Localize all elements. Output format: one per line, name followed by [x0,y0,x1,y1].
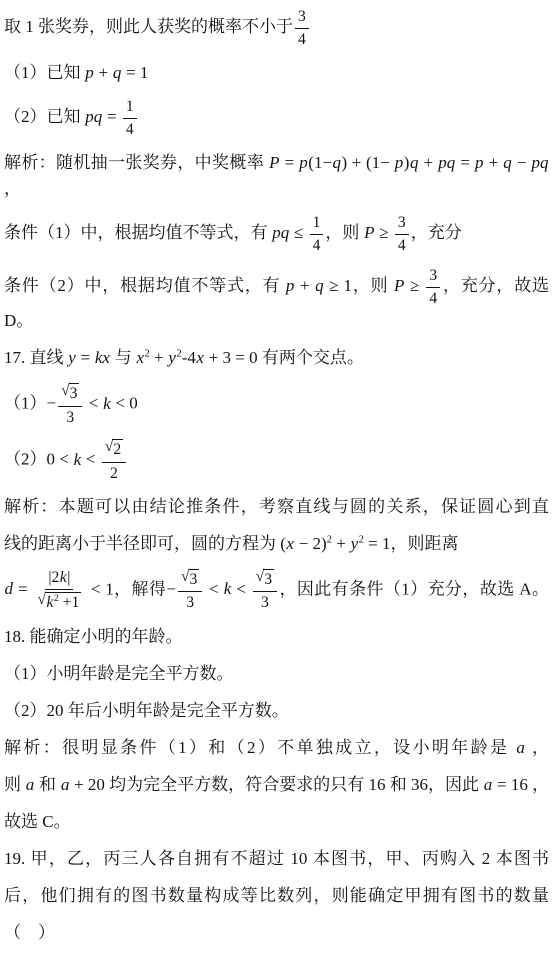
fraction: 14 [310,213,324,255]
math-run: a [21,775,39,794]
radical-sign-icon: √ [105,438,114,456]
math-run: (x − 2) [280,534,326,553]
text-line: 18. 能确定小明的年龄。 [4,624,549,650]
fraction-numerator: 3 [426,266,440,288]
radicand: 3 [189,569,200,590]
radical-sign-icon: √ [37,591,46,609]
math-run: 4 [398,237,406,254]
radical: √3 [181,569,199,590]
fraction-denominator: 4 [395,235,409,256]
math-run: 4 [313,237,321,254]
text-line: 线的距离小于半径即可，圆的方程为 (x − 2)2 + y2 = 1，则距离 [4,531,549,557]
document: 取 1 张奖券，则此人获奖的概率不小于34（1）已知 p + q = 1（2）已… [0,0,554,956]
math-run: |2k| [48,569,70,586]
radicand: 2 [112,439,123,460]
fraction: 34 [395,213,409,255]
math-run: a + 20 [56,775,109,794]
math-run: + y [332,534,359,553]
text-run: 17. 直线 [4,348,68,367]
text-run: 与 [110,348,136,367]
fraction-numerator: √3 [253,568,277,592]
text-run: （1） [4,394,47,413]
math-run: < k < [204,579,250,598]
fraction: √22 [102,438,126,483]
math-run: 2 [110,465,118,482]
math-run: d = [4,579,32,598]
text-run: （2）已知 [4,107,85,126]
text-line: （2）0 < k < √22 [4,438,549,483]
math-run: 0 < k < [47,450,100,469]
text-line: 条件（1）中，根据均值不等式，有 pq ≤ 14，则 P ≥ 34，充分 [4,213,549,255]
fraction-denominator: 4 [426,288,440,309]
radical-sign-icon: √ [181,568,190,586]
fraction-numerator: √2 [102,438,126,462]
radical: √3 [61,383,79,404]
text-line: 解析：本题可以由结论推条件，考察直线与圆的关系，保证圆心到直 [4,494,549,520]
fraction-numerator: 3 [295,7,309,29]
text-run: （1）小明年龄是完全平方数。 [4,664,234,683]
math-run: P = p(1−q) + (1− p)q + pq = p + q − pq [264,153,553,172]
fraction: √33 [58,382,82,427]
text-run: 有两个交点。 [258,348,364,367]
math-run: x [136,348,145,367]
text-run: 解析：很明显条件（1）和（2）不单独成立，设小明年龄是 [4,738,509,757]
text-line: d = |2k|√k2 +1 < 1，解得−√33 < k < √33，因此有条… [4,568,549,613]
fraction-numerator: 1 [123,97,137,119]
text-run: 19. 甲，乙，丙三人各自拥有不超过 10 本图书，甲、丙购入 2 本图书 [4,849,549,868]
math-run: 2 [113,441,121,458]
math-run: 3 [429,267,437,284]
math-run: 3 [190,571,198,588]
text-run: ，则 [325,223,359,242]
math-run: 3 [70,385,78,402]
fraction: 14 [123,97,137,139]
fraction-denominator: 4 [295,29,309,50]
text-line: 后，他们拥有的图书数量构成等比数列，则能确定甲拥有图书的数量 [4,883,549,909]
fraction-numerator: 1 [310,213,324,235]
radical: √k2 +1 [37,592,81,613]
text-line: （1）已知 p + q = 1 [4,60,549,86]
text-run: 则 [4,775,21,794]
text-run: （1）已知 [4,63,85,82]
fraction-numerator: √3 [58,382,82,406]
fraction-denominator: 3 [63,407,77,428]
text-run: ， [4,179,21,198]
text-run: 取 1 张奖券，则此人获奖的概率不小于 [4,17,293,36]
text-line: （2）已知 pq = 14 [4,97,549,139]
radicand: 3 [263,569,274,590]
fraction-denominator: 4 [310,235,324,256]
text-line: （1）小明年龄是完全平方数。 [4,661,549,687]
math-run: pq = [85,107,121,126]
text-line: 17. 直线 y = kx 与 x2 + y2-4x + 3 = 0 有两个交点… [4,345,549,371]
math-run: 4 [429,290,437,307]
math-run: 3 [261,594,269,611]
math-run: − [166,579,176,598]
math-run: 1 [313,214,321,231]
fraction-numerator: √3 [178,568,202,592]
fraction-denominator: √k2 +1 [34,590,84,613]
text-line: （2）20 年后小明年龄是完全平方数。 [4,698,549,724]
text-run: 解析：本题可以由结论推条件，考察直线与圆的关系，保证圆心到直 [4,497,549,516]
math-run: +1 [59,594,80,611]
math-run: y = kx [68,348,111,367]
page: { "document": { "background": "#ffffff",… [0,0,554,956]
fraction-denominator: 3 [183,592,197,613]
text-run: 线的距离小于半径即可，圆的方程为 [4,534,280,553]
text-run: ，则 [352,276,388,295]
text-run: 解析：随机抽一张奖券，中奖概率 [4,153,264,172]
text-line: （ ） [4,920,549,946]
math-run: k [46,594,54,611]
fraction-denominator: 2 [107,463,121,484]
fraction: 34 [295,7,309,49]
math-run: < k < 0 [84,394,137,413]
radical-sign-icon: √ [61,383,70,401]
math-run: 3 [66,409,74,426]
text-run: ，充分 [411,223,462,242]
math-run: p + q ≥ 1 [285,276,352,295]
fraction: √33 [253,568,277,613]
radical: √3 [256,569,274,590]
fraction-numerator: 3 [395,213,409,235]
math-run: 3 [186,594,194,611]
text-run: 条件（2）中，根据均值不等式，有 [4,276,285,295]
text-line: 条件（2）中，根据均值不等式，有 p + q ≥ 1，则 P ≥ 34，充分，故… [4,266,549,334]
math-run: 1 [126,98,134,115]
text-run: （2） [4,450,47,469]
math-run: P ≥ [359,223,392,242]
math-run: < 1 [86,579,113,598]
text-run: 均为完全平方数，符合要求的只有 16 和 36，因此 [109,775,479,794]
radical: √2 [105,439,123,460]
math-run: a = 16 [479,775,532,794]
fraction-denominator: 4 [123,119,137,140]
text-run: 后，他们拥有的图书数量构成等比数列，则能确定甲拥有图书的数量 [4,886,549,905]
text-run: 条件（1）中，根据均值不等式，有 [4,223,272,242]
math-run: − [47,394,57,413]
text-run: ， [532,738,549,757]
radical-sign-icon: √ [256,568,265,586]
text-run: ，则距离 [390,534,458,553]
text-line: 故选 C。 [4,809,549,835]
fraction: √33 [178,568,202,613]
math-run: 3 [298,8,306,25]
radicand: k2 +1 [45,592,81,613]
text-run: （ ） [4,923,55,942]
fraction-denominator: 3 [258,592,272,613]
text-run: 和 [39,775,56,794]
text-line: 解析：随机抽一张奖券，中奖概率 P = p(1−q) + (1− p)q + p… [4,150,549,202]
math-run: 4 [126,121,134,138]
math-run: 3 [264,571,272,588]
text-line: 则 a 和 a + 20 均为完全平方数，符合要求的只有 16 和 36，因此 … [4,772,549,798]
text-run: 18. 能确定小明的年龄。 [4,627,183,646]
math-run: -4x + 3 = 0 [182,348,258,367]
text-run: ，因此有条件（1）充分，故选 A。 [279,579,549,598]
math-run: 4 [298,31,306,48]
math-run: a [509,738,532,757]
fraction: 34 [426,266,440,308]
math-run: + y [150,348,177,367]
text-line: 取 1 张奖券，则此人获奖的概率不小于34 [4,7,549,49]
radicand: 3 [69,383,80,404]
fraction-numerator: |2k| [45,568,73,590]
text-run: （2）20 年后小明年龄是完全平方数。 [4,701,289,720]
math-run: 3 [398,214,406,231]
math-run: P ≥ [388,276,424,295]
math-run: pq ≤ [272,223,308,242]
math-run: p + q = 1 [85,63,149,82]
text-run: 故选 C。 [4,812,71,831]
text-line: 19. 甲，乙，丙三人各自拥有不超过 10 本图书，甲、丙购入 2 本图书 [4,846,549,872]
text-line: 解析：很明显条件（1）和（2）不单独成立，设小明年龄是 a ， [4,735,549,761]
text-line: （1）−√33 < k < 0 [4,382,549,427]
math-run: = 1 [364,534,391,553]
text-run: ，解得 [114,579,167,598]
text-run: ， [532,775,549,794]
fraction: |2k|√k2 +1 [34,568,84,613]
